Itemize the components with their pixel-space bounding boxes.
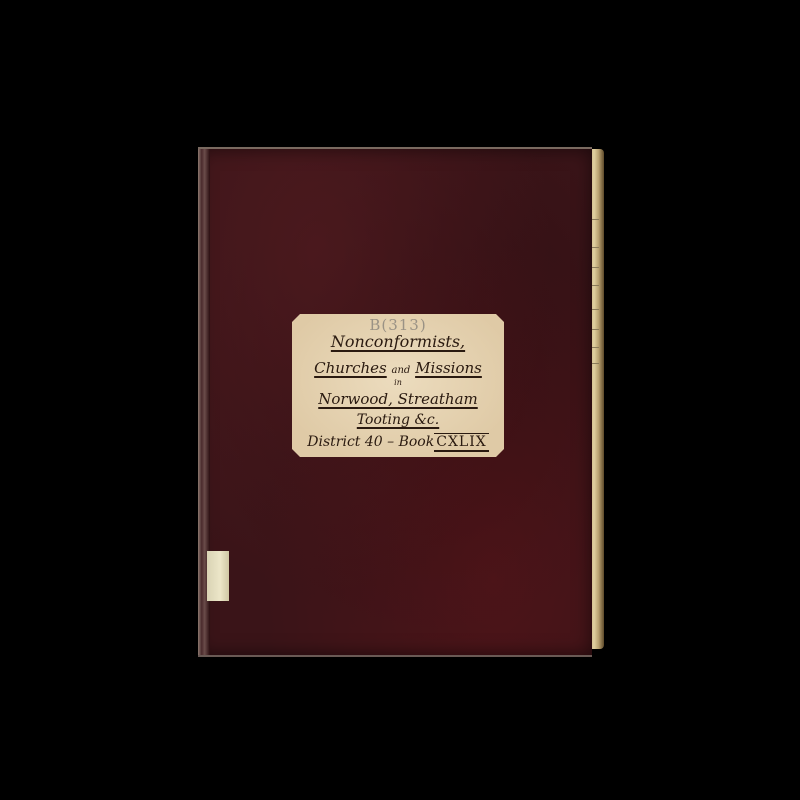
label-places-line: Norwood, Streatham — [292, 390, 504, 408]
notebook: B(313) Nonconformists, Churches and Miss… — [198, 147, 606, 653]
title-label: B(313) Nonconformists, Churches and Miss… — [292, 314, 504, 457]
label-district: District 40 – — [307, 434, 394, 450]
label-book-numeral: CXLIX — [434, 433, 488, 452]
book-cover: B(313) Nonconformists, Churches and Miss… — [198, 147, 592, 657]
label-subtitle-line: Churches and Missions — [292, 359, 504, 377]
label-word-and: and — [392, 365, 411, 376]
spine-library-label — [207, 551, 229, 601]
label-title-line: Nonconformists, — [292, 332, 504, 351]
label-word-churches: Churches — [314, 359, 387, 377]
label-word-in: in — [292, 378, 504, 387]
label-word-missions: Missions — [415, 359, 482, 377]
label-places-line-2: Tooting &c. — [292, 412, 504, 428]
label-district-line: District 40 – BookCXLIX — [292, 434, 504, 450]
label-book-word: Book — [399, 434, 435, 450]
